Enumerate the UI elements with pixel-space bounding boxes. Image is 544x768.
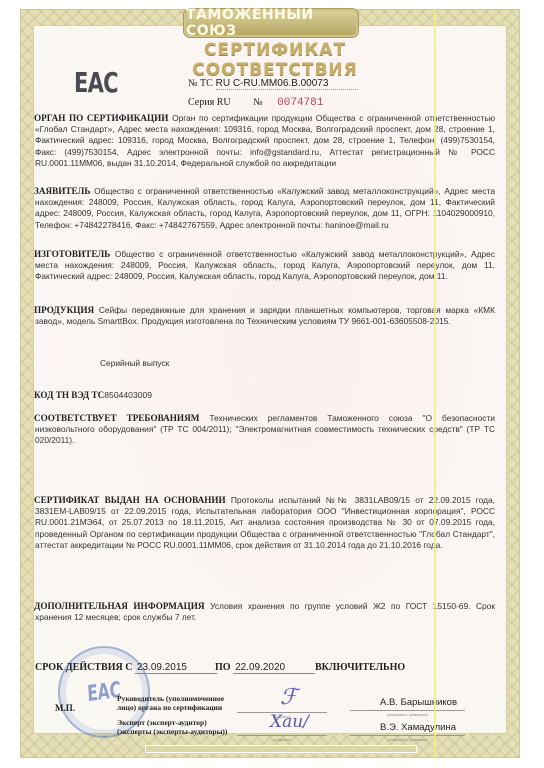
head-signature: ℱ — [280, 685, 297, 710]
eac-logo-icon: EAC — [74, 66, 118, 99]
product-text: Сейфы передвижные для хранения и зарядки… — [35, 305, 495, 326]
hs-code-heading: КОД ТН ВЭД ТС — [34, 390, 104, 400]
certificate-number-label: № ТС — [188, 78, 213, 89]
expert-signature-line — [237, 735, 327, 736]
manufacturer-section: ИЗГОТОВИТЕЛЬ Общество с ограниченной отв… — [35, 249, 495, 283]
expert-role-line-1: Эксперт (эксперт-аудитор) — [117, 718, 227, 727]
validity-inclusive: ВКЛЮЧИТЕЛЬНО — [315, 662, 405, 673]
printer-footer-strip — [145, 745, 417, 753]
certification-body-heading: ОРГАН ПО СЕРТИФИКАЦИИ — [34, 113, 168, 123]
validity-to-label: ПО — [215, 662, 231, 673]
form-number-label: № — [253, 97, 263, 108]
additional-info-section: ДОПОЛНИТЕЛЬНАЯ ИНФОРМАЦИЯ Условия хранен… — [35, 601, 495, 623]
validity-period: СРОК ДЕЙСТВИЯ С 23.09.2015 ПО 22.09.2020… — [35, 662, 495, 673]
head-name: А.В. Барышников — [380, 697, 457, 708]
conformity-section: СООТВЕТСТВУЕТ ТРЕБОВАНИЯМ Технических ре… — [35, 413, 495, 447]
scan-artifact-line — [434, 9, 436, 759]
applicant-text: Общество с ограниченной ответственностью… — [35, 186, 495, 230]
head-name-caption: (инициалы, фамилия) — [350, 712, 465, 717]
customs-union-banner: ТАМОЖЕННЫЙ СОЮЗ — [184, 9, 358, 37]
certificate-title: СЕРТИФИКАТ СООТВЕТСТВИЯ — [150, 40, 400, 80]
hs-code-value: 8504403009 — [104, 390, 152, 400]
expert-role: Эксперт (эксперт-аудитор) (эксперты (экс… — [117, 718, 227, 736]
product-heading: ПРОДУКЦИЯ — [34, 305, 94, 315]
head-role: Руководитель (уполномоченное лицо) орган… — [117, 694, 237, 712]
series-value: RU — [217, 97, 231, 108]
additional-info-heading: ДОПОЛНИТЕЛЬНАЯ ИНФОРМАЦИЯ — [34, 601, 205, 611]
expert-name-line — [350, 735, 465, 736]
validity-to-date: 22.09.2020 — [233, 662, 315, 674]
validity-from-label: СРОК ДЕЙСТВИЯ С — [35, 662, 132, 673]
certificate-number: № ТС RU C-RU.MM06.B.00073 — [188, 78, 358, 89]
expert-signature-caption: (подпись) — [237, 737, 327, 742]
applicant-section: ЗАЯВИТЕЛЬ Общество с ограниченной ответс… — [35, 186, 495, 231]
basis-heading: СЕРТИФИКАТ ВЫДАН НА ОСНОВАНИИ — [34, 495, 226, 505]
expert-signature: Xau/ — [270, 712, 309, 732]
expert-name-caption: (инициалы, фамилия) — [350, 737, 465, 742]
serial-production: Серийный выпуск — [100, 358, 169, 368]
expert-role-line-2: (эксперты (эксперты-аудиторы)) — [117, 727, 227, 736]
form-number-value: 0074781 — [277, 97, 323, 109]
basis-section: СЕРТИФИКАТ ВЫДАН НА ОСНОВАНИИ Протоколы … — [35, 495, 495, 551]
head-name-line — [350, 710, 465, 711]
conformity-heading: СООТВЕТСТВУЕТ ТРЕБОВАНИЯМ — [34, 413, 199, 423]
series-line: Серия RU № 0074781 — [188, 97, 323, 109]
applicant-heading: ЗАЯВИТЕЛЬ — [34, 186, 90, 196]
certification-body-section: ОРГАН ПО СЕРТИФИКАЦИИ Орган по сертифика… — [35, 113, 495, 169]
manufacturer-heading: ИЗГОТОВИТЕЛЬ — [34, 249, 110, 259]
validity-from-date: 23.09.2015 — [135, 662, 217, 674]
certificate-number-value: RU C-RU.MM06.B.00073 — [216, 78, 359, 90]
hs-code-section: КОД ТН ВЭД ТС8504403009 — [35, 390, 495, 401]
series-label: Серия — [188, 97, 214, 108]
product-section: ПРОДУКЦИЯ Сейфы передвижные для хранения… — [35, 305, 495, 327]
seal-place-label: М.П. — [55, 703, 75, 713]
expert-name: В.Э. Хамадулина — [380, 722, 456, 733]
